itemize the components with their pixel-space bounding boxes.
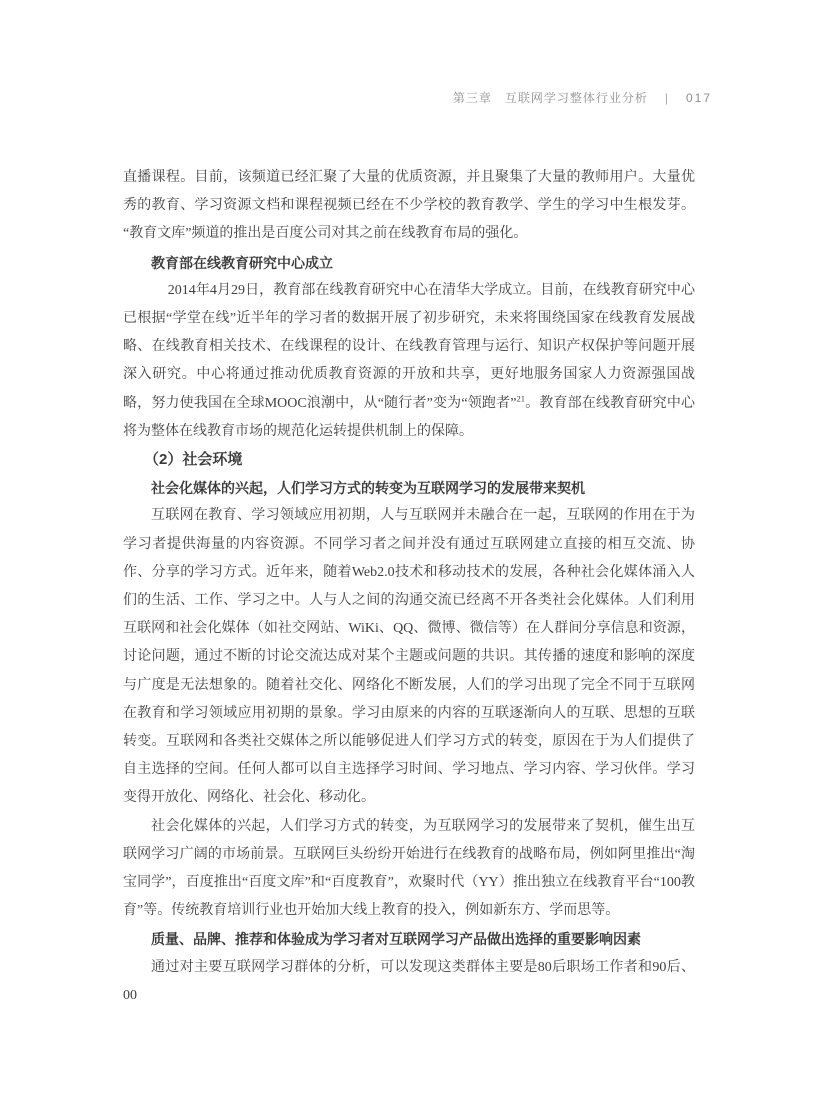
text-run: 教育部在线教育研究中心成立 <box>151 255 333 271</box>
text-run: （2）社会环境 <box>144 451 242 468</box>
paragraph-social-media-opportunity: 社会化媒体的兴起，人们学习方式的转变，为互联网学习的发展带来了契机，催生出互联网… <box>123 813 695 926</box>
page-body: 直播课程。目前，该频道已经汇聚了大量的优质资源，并且聚集了大量的教师用户。大量优… <box>123 164 695 1010</box>
paragraph-internet-learning-early-stage: 互联网在教育、学习领域应用初期，人与互联网并未融合在一起，互联网的作用在于为学习… <box>123 502 695 812</box>
text-run: 社会化媒体的兴起，人们学习方式的转变为互联网学习的发展带来契机 <box>151 480 585 496</box>
chapter-title: 互联网学习整体行业分析 <box>505 89 648 106</box>
heading-social-media-rise: 社会化媒体的兴起，人们学习方式的转变为互联网学习的发展带来契机 <box>123 474 695 502</box>
page-number: 017 <box>686 91 712 105</box>
heading-quality-brand-factors: 质量、品牌、推荐和体验成为学习者对互联网学习产品做出选择的重要影响因素 <box>123 925 695 953</box>
text-run: 社会化媒体的兴起，人们学习方式的转变，为互联网学习的发展带来了契机，催生出互联网… <box>123 819 695 919</box>
page-header: 第三章 互联网学习整体行业分析 | 017 <box>453 89 712 106</box>
footnote-reference: 21 <box>516 393 525 403</box>
heading-moe-online-education-research-center: 教育部在线教育研究中心成立 <box>123 249 695 277</box>
paragraph-baidu-wenku-continued: 直播课程。目前，该频道已经汇聚了大量的优质资源，并且聚集了大量的教师用户。大量优… <box>123 164 695 249</box>
text-run: 直播课程。目前，该频道已经汇聚了大量的优质资源，并且聚集了大量的教师用户。大量优… <box>123 170 695 241</box>
text-run: 质量、品牌、推荐和体验成为学习者对互联网学习产品做出选择的重要影响因素 <box>151 931 641 947</box>
paragraph-moe-research-center: 2014年4月29日，教育部在线教育研究中心在清华大学成立。目前，在线教育研究中… <box>123 277 695 446</box>
text-run: 2014年4月29日，教育部在线教育研究中心在清华大学成立。目前，在线教育研究中… <box>123 283 695 411</box>
heading-section-2-social-environment: （2）社会环境 <box>123 446 695 474</box>
text-run: 互联网在教育、学习领域应用初期，人与互联网并未融合在一起，互联网的作用在于为学习… <box>123 508 695 805</box>
paragraph-learner-group-analysis: 通过对主要互联网学习群体的分析，可以发现这类群体主要是80后职场工作者和90后、… <box>123 954 695 1010</box>
text-run: 通过对主要互联网学习群体的分析，可以发现这类群体主要是80后职场工作者和90后、… <box>123 960 695 1003</box>
book-page: 第三章 互联网学习整体行业分析 | 017 直播课程。目前，该频道已经汇聚了大量… <box>0 0 816 1100</box>
chapter-label: 第三章 <box>453 89 492 106</box>
header-separator: | <box>665 91 669 105</box>
